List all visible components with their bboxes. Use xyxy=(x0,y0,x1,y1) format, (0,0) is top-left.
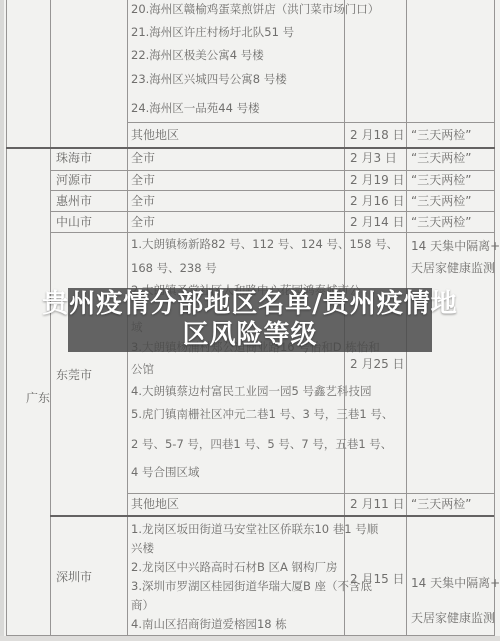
grid-line xyxy=(127,493,494,494)
date-cell: 2 月16 日 xyxy=(350,194,405,209)
region-line: 5.虎门镇南栅社区冲元二巷1 号、3 号，三巷1 号、 xyxy=(131,407,393,422)
date-cell: 2 月25 日 xyxy=(350,357,405,372)
date-cell: 2 月11 日 xyxy=(350,497,405,512)
policy-cell: “三天两检” xyxy=(411,497,471,512)
city-cell: 深圳市 xyxy=(56,570,92,585)
region-line: 1.大朗镇杨新路82 号、112 号、124 号、158 号、 xyxy=(131,237,398,252)
city-cell: 珠海市 xyxy=(56,151,92,166)
region-line: 22.海州区极美公寓4 号楼 xyxy=(131,48,264,63)
province-label: 广东 xyxy=(26,391,50,406)
policy-cell: “三天两检” xyxy=(411,173,471,188)
region-line: 兴楼 xyxy=(131,541,154,556)
grid-line xyxy=(127,122,494,123)
region-cell: 全市 xyxy=(131,173,155,188)
city-cell: 东莞市 xyxy=(56,368,92,383)
city-cell: 中山市 xyxy=(56,215,92,230)
scan-edge xyxy=(0,0,4,641)
grid-line xyxy=(50,190,494,191)
city-cell: 惠州市 xyxy=(56,194,92,209)
region-cell: 其他地区 xyxy=(131,128,179,143)
date-cell: 2 月3 日 xyxy=(350,151,397,166)
policy-cell-line: 14 天集中隔离+14 xyxy=(411,239,500,254)
region-line: 24.海州区一品苑44 号楼 xyxy=(131,101,260,116)
policy-cell-line: 14 天集中隔离+14 xyxy=(411,576,500,591)
policy-cell: “三天两检” xyxy=(411,194,471,209)
grid-line xyxy=(494,0,495,636)
region-line: 公馆 xyxy=(131,362,154,377)
date-cell: 2 月14 日 xyxy=(350,215,405,230)
region-line: 商） xyxy=(131,598,154,613)
policy-cell-line: 天居家健康监测 xyxy=(411,611,495,626)
grid-line xyxy=(6,0,7,636)
policy-cell-line: 天居家健康监测 xyxy=(411,261,495,276)
region-cell: 全市 xyxy=(131,194,155,209)
watermark-title-line2: 区风险等级 xyxy=(182,320,317,351)
region-line: 3.深圳市罗湖区桂园街道华瑞大厦B 座（不含底 xyxy=(131,579,372,594)
region-line: 1.龙岗区坂田街道马安堂社区侨联东10 巷1 号顺 xyxy=(131,522,378,537)
grid-line xyxy=(50,232,494,233)
region-cell: 全市 xyxy=(131,215,155,230)
region-line: 4.南山区招商街道爱榕园18 栋 xyxy=(131,617,287,632)
date-cell: 2 月18 日 xyxy=(350,128,405,143)
section-divider xyxy=(6,147,495,149)
section-divider xyxy=(50,515,494,517)
epidemic-region-table-page: 20.海州区赣榆鸡蛋菜煎饼店（洪门菜市场门口） 21.海州区许庄村杨圩北队51 … xyxy=(0,0,500,641)
date-cell: 2 月19 日 xyxy=(350,173,405,188)
policy-cell: “三天两检” xyxy=(411,151,471,166)
watermark-overlay: 贵州疫情分部地区名单/贵州疫情地 区风险等级 xyxy=(68,288,432,352)
region-line: 2.龙岗区中兴路高时石材B 区A 钢构厂房 xyxy=(131,560,338,575)
watermark-title-line1: 贵州疫情分部地区名单/贵州疫情地 xyxy=(42,289,458,320)
region-line: 168 号、238 号 xyxy=(131,261,217,276)
grid-line xyxy=(50,211,494,212)
date-cell: 2 月15 日 xyxy=(350,572,405,587)
region-line: 4.大朗镇蔡边村富民工业园一园5 号鑫艺科技园 xyxy=(131,384,371,399)
region-line: 20.海州区赣榆鸡蛋菜煎饼店（洪门菜市场门口） xyxy=(131,2,379,17)
region-line: 2 号、5-7 号，四巷1 号、5 号、7 号，五巷1 号、 xyxy=(131,437,392,452)
region-line: 23.海州区兴城四号公寓8 号楼 xyxy=(131,72,287,87)
region-cell: 其他地区 xyxy=(131,497,179,512)
policy-cell: “三天两检” xyxy=(411,215,471,230)
grid-line xyxy=(50,170,494,171)
policy-cell: “三天两检” xyxy=(411,128,471,143)
scan-edge xyxy=(0,636,500,641)
region-cell: 全市 xyxy=(131,151,155,166)
city-cell: 河源市 xyxy=(56,173,92,188)
region-line: 21.海州区许庄村杨圩北队51 号 xyxy=(131,25,294,40)
region-line: 4 号合围区域 xyxy=(131,465,199,480)
